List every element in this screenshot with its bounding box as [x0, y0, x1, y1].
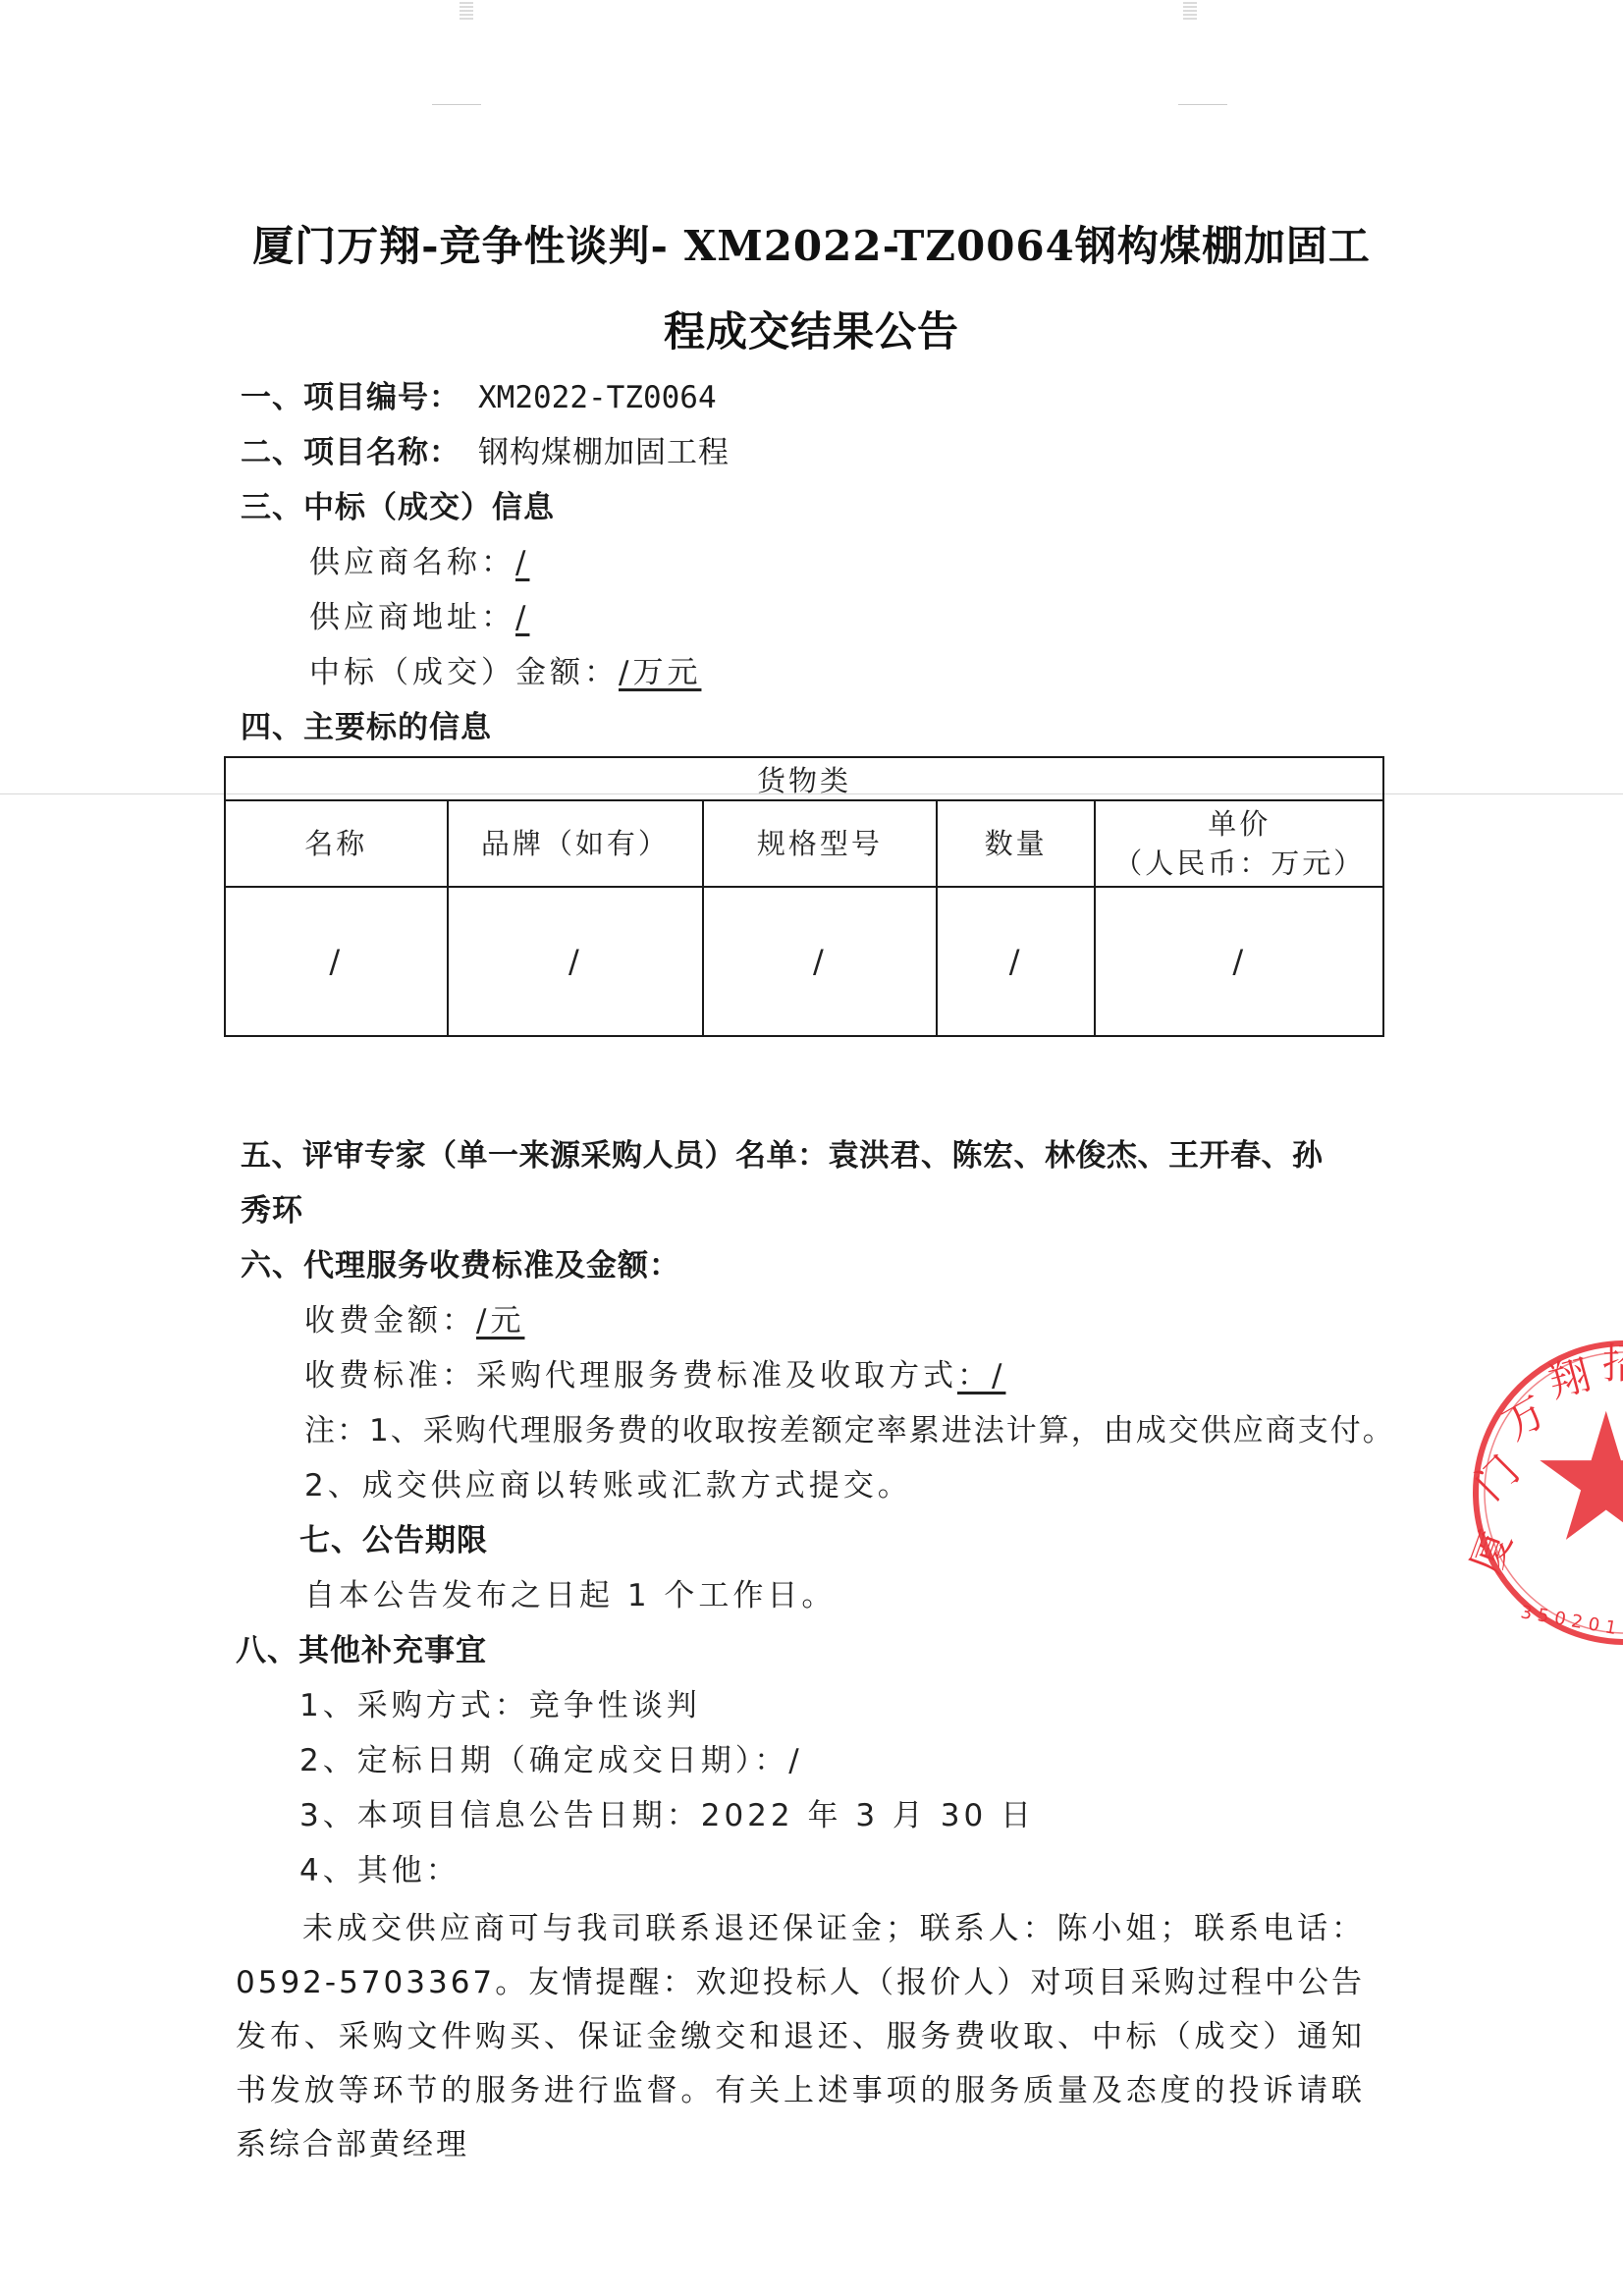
- award-amount-label: 中标（成交）金额：: [309, 655, 619, 690]
- svg-text:翔: 翔: [1543, 1349, 1596, 1406]
- award-amount-row: 中标（成交）金额：/万元: [309, 653, 701, 692]
- supplier-name-row: 供应商名称：/: [309, 543, 529, 582]
- section-experts-line-1: 五、评审专家（单一来源采购人员）名单：袁洪君、陈宏、林俊杰、王开春、孙: [241, 1136, 1324, 1175]
- project-number-value: XM2022-TZ0064: [478, 380, 717, 415]
- section-announcement-period-heading: 七、公告期限: [299, 1521, 488, 1560]
- svg-text:万: 万: [1495, 1387, 1555, 1449]
- fee-standard-label: 收费标准：采购代理服务费标准及收取方式: [304, 1358, 957, 1394]
- table-header-row: 名称 品牌（如有） 规格型号 数量 单价 （人民币：万元）: [225, 800, 1383, 887]
- award-date: 2、定标日期（确定成交日期）：/: [299, 1741, 803, 1780]
- unit-price-currency-label: （人民币：万元）: [1096, 844, 1382, 883]
- column-header-spec: 规格型号: [703, 800, 937, 887]
- unit-price-label: 单价: [1096, 804, 1382, 844]
- cell-quantity: /: [937, 887, 1096, 1036]
- section-project-number: 一、项目编号：XM2022-TZ0064: [241, 378, 717, 417]
- fee-standard-value: ：/: [957, 1358, 1005, 1394]
- section-label: 一、项目编号：: [241, 380, 460, 415]
- column-header-name: 名称: [225, 800, 448, 887]
- procurement-method: 1、采购方式：竞争性谈判: [299, 1686, 701, 1725]
- fee-amount-row: 收费金额：/元: [304, 1301, 524, 1340]
- document-title-line-2: 程成交结果公告: [0, 300, 1623, 358]
- company-seal-stamp: 厦 门 万 翔 招 标 350201: [1443, 1331, 1623, 1655]
- cell-unit-price: /: [1095, 887, 1383, 1036]
- supplier-name-value: /: [515, 545, 529, 580]
- fee-note-2: 2、成交供应商以转账或汇款方式提交。: [304, 1466, 912, 1505]
- section-award-info-heading: 三、中标（成交）信息: [241, 488, 555, 527]
- fee-amount-value: /元: [476, 1303, 524, 1339]
- column-header-quantity: 数量: [937, 800, 1096, 887]
- cell-spec: /: [703, 887, 937, 1036]
- scan-artifact: [1183, 2, 1197, 22]
- column-header-unit-price: 单价 （人民币：万元）: [1095, 800, 1383, 887]
- supplier-name-label: 供应商名称：: [309, 545, 515, 580]
- svg-text:厦: 厦: [1461, 1524, 1520, 1579]
- document-page: 厦门万翔-竞争性谈判- XM2022-TZ0064钢构煤棚加固工 程成交结果公告…: [0, 0, 1623, 2296]
- table-row: / / / / /: [225, 887, 1383, 1036]
- section-project-name: 二、项目名称：钢构煤棚加固工程: [241, 433, 730, 472]
- document-title-line-1: 厦门万翔-竞争性谈判- XM2022-TZ0064钢构煤棚加固工: [0, 214, 1623, 273]
- section-label: 二、项目名称：: [241, 435, 460, 470]
- section-experts-line-2: 秀环: [241, 1191, 303, 1230]
- fee-standard-row: 收费标准：采购代理服务费标准及收取方式：/: [304, 1356, 1005, 1395]
- award-amount-value: /万元: [619, 655, 701, 690]
- section-main-subject-heading: 四、主要标的信息: [241, 708, 492, 747]
- svg-text:招: 招: [1602, 1339, 1623, 1388]
- table-category-row: 货物类: [225, 757, 1383, 800]
- scan-artifact: [432, 104, 481, 105]
- fee-note-1: 注：1、采购代理服务费的收取按差额定率累进法计算，由成交供应商支付。: [304, 1411, 1395, 1450]
- section-agency-fee-heading: 六、代理服务收费标准及金额：: [241, 1246, 680, 1285]
- others-label: 4、其他：: [299, 1851, 460, 1890]
- supplier-address-row: 供应商地址：/: [309, 598, 529, 637]
- cell-brand: /: [448, 887, 704, 1036]
- scan-artifact: [1178, 104, 1227, 105]
- supplier-address-value: /: [515, 600, 529, 635]
- section-other-matters-heading: 八、其他补充事宜: [236, 1631, 487, 1670]
- supplier-address-label: 供应商地址：: [309, 600, 515, 635]
- others-paragraph: 未成交供应商可与我司联系退还保证金；联系人：陈小姐；联系电话：0592-5703…: [236, 1902, 1365, 2172]
- fee-amount-label: 收费金额：: [304, 1303, 476, 1339]
- announcement-period-text: 自本公告发布之日起 1 个工作日。: [304, 1576, 836, 1615]
- project-name-value: 钢构煤棚加固工程: [478, 435, 730, 470]
- table-category-cell: 货物类: [225, 757, 1383, 800]
- announcement-date: 3、本项目信息公告日期：2022 年 3 月 30 日: [299, 1796, 1035, 1835]
- scan-artifact: [460, 2, 473, 22]
- column-header-brand: 品牌（如有）: [448, 800, 704, 887]
- goods-table: 货物类 名称 品牌（如有） 规格型号 数量 单价 （人民币：万元） / / / …: [224, 756, 1384, 1037]
- cell-name: /: [225, 887, 448, 1036]
